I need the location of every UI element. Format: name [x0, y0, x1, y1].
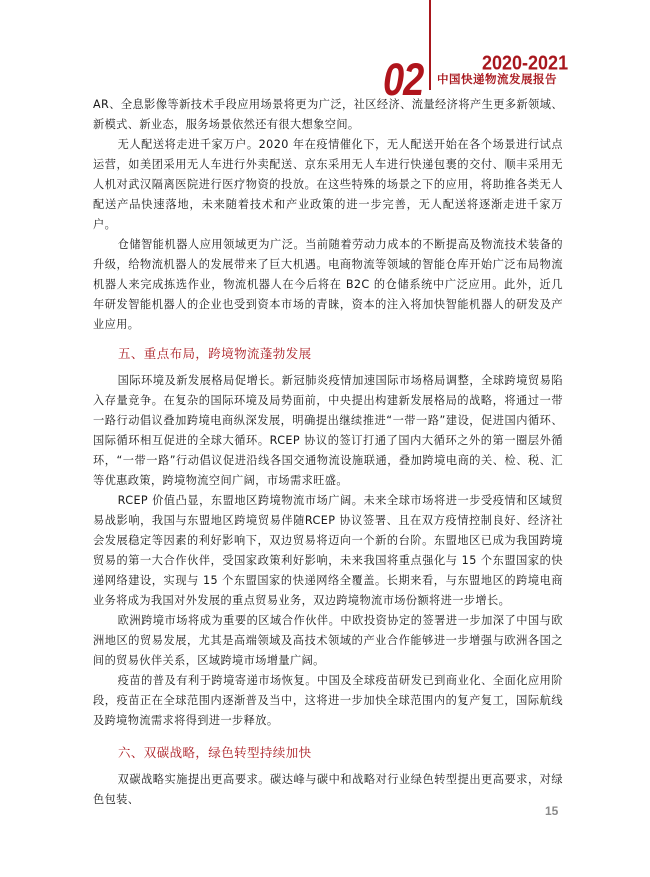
report-title: 中国快递物流发展报告	[437, 74, 557, 86]
paragraph-rcep-asean: RCEP 价值凸显，东盟地区跨境物流市场广阔。未来全球市场将进一步受疫情和区域贸…	[93, 491, 563, 611]
page-number: 15	[545, 804, 558, 818]
section-heading-cross-border: 五、重点布局，跨境物流蓬勃发展	[93, 344, 563, 364]
report-years: 2020-2021	[482, 52, 568, 73]
paragraph-continued: AR、全息影像等新技术手段应用场景将更为广泛，社区经济、流量经济将产生更多新领域…	[93, 95, 563, 135]
paragraph-warehouse-robots: 仓储智能机器人应用领域更为广泛。当前随着劳动力成本的不断提高及物流技术装备的升级…	[93, 235, 563, 335]
paragraph-international-environment: 国际环境及新发展格局促增长。新冠肺炎疫情加速国际市场格局调整，全球跨境贸易陷入存…	[93, 371, 563, 491]
paragraph-europe: 欧洲跨境市场将成为重要的区域合作伙伴。中欧投资协定的签署进一步加深了中国与欧洲地…	[93, 611, 563, 671]
section-heading-dual-carbon: 六、双碳战略，绿色转型持续加快	[93, 743, 563, 763]
paragraph-vaccine: 疫苗的普及有利于跨境寄递市场恢复。中国及全球疫苗研发已到商业化、全面化应用阶段，…	[93, 671, 563, 731]
page-body: AR、全息影像等新技术手段应用场景将更为广泛，社区经济、流量经济将产生更多新领域…	[93, 95, 563, 810]
paragraph-dual-carbon: 双碳战略实施提出更高要求。碳达峰与碳中和战略对行业绿色转型提出更高要求，对绿色包…	[93, 770, 563, 810]
header-divider-line	[429, 0, 431, 90]
paragraph-unmanned-delivery: 无人配送将走进千家万户。2020 年在疫情催化下，无人配送开始在各个场景进行试点…	[93, 135, 563, 235]
